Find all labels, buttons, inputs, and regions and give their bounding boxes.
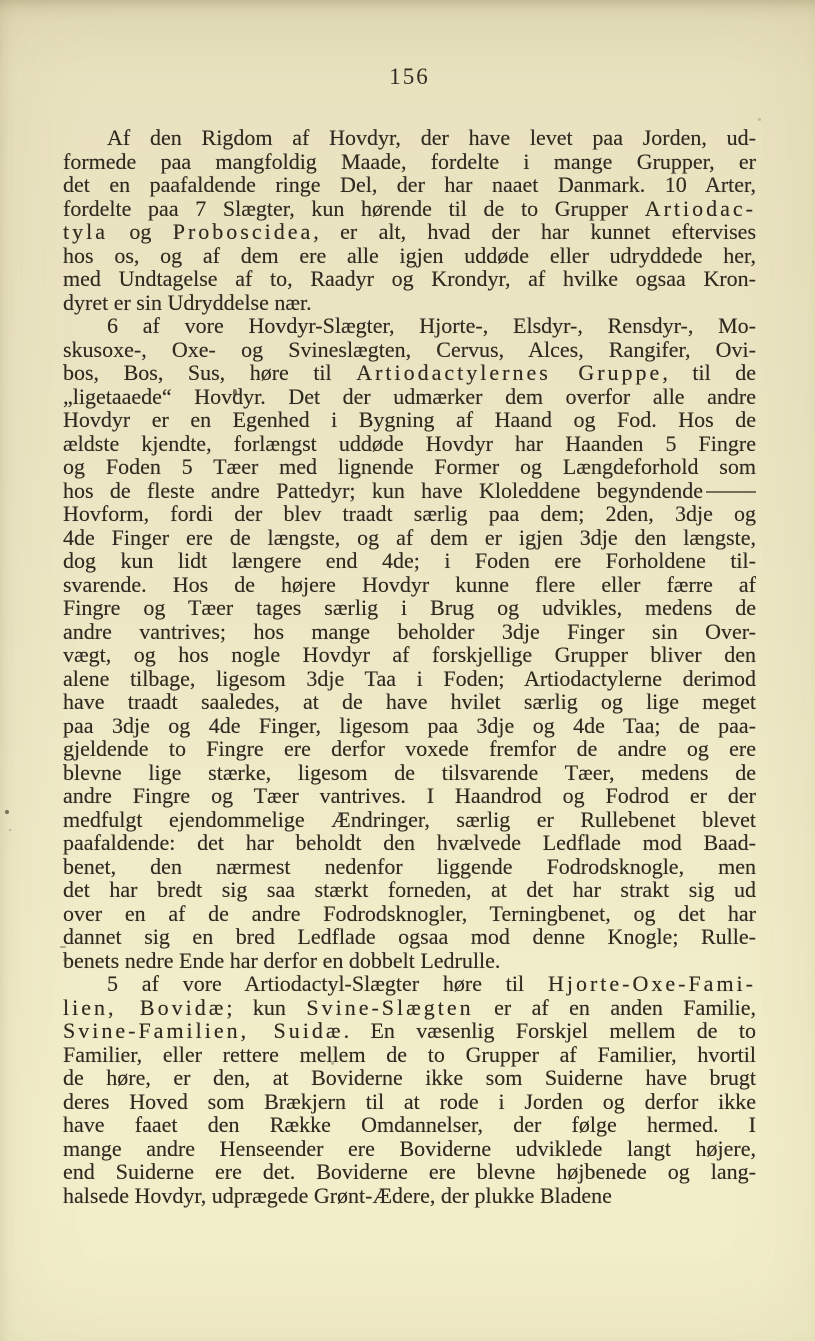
- text-segment: og Foden 5 Tæer med lignende Former og L…: [63, 454, 756, 479]
- text-segment: paafaldende: det har beholdt den hvælved…: [63, 830, 756, 855]
- text-segment: hos de fleste andre Pattedyr; kun have K…: [63, 478, 703, 503]
- text-line: Hovdyr er en Egenhed i Bygning af Haand …: [63, 408, 756, 432]
- text-line: dyret er sin Udryddelse nær.: [63, 291, 756, 315]
- text-segment: bos, Bos, Sus, høre til: [63, 360, 356, 385]
- text-segment: skusoxe-, Oxe- og Svineslægten, Cervus, …: [63, 337, 756, 362]
- text-line: deres Hoved som Brækjern til at rode i J…: [63, 1090, 756, 1114]
- text-line: fordelte paa 7 Slægter, kun hørende til …: [63, 197, 756, 221]
- text-line: lien, Bovidæ; kun Svine-Slægten er af en…: [63, 996, 756, 1020]
- text-segment: over en af de andre Fodrodsknogler, Tern…: [63, 901, 756, 926]
- text-line: hos os, og af dem ere alle igjen uddøde …: [63, 244, 756, 268]
- text-segment: er af en anden Familie,: [474, 995, 756, 1020]
- paragraph: Af den Rigdom af Hovdyr, der have levet …: [63, 126, 756, 314]
- text-segment: de høre, er den, at Boviderne ikke som S…: [63, 1065, 756, 1090]
- text-segment: det har bredt sig saa stærkt forneden, a…: [63, 877, 756, 902]
- text-segment: alene tilbage, ligesom 3dje Taa i Foden;…: [63, 666, 756, 691]
- text-line: gjeldende to Fingre ere derfor voxede fr…: [63, 737, 756, 761]
- page-text: Af den Rigdom af Hovdyr, der have levet …: [63, 126, 756, 1207]
- text-line: formede paa mangfoldig Maade, fordelte i…: [63, 150, 756, 174]
- text-segment: deres Hoved som Brækjern til at rode i J…: [63, 1089, 756, 1114]
- paragraph: 5 af vore Artiodactyl-Slægter høre til H…: [63, 972, 756, 1207]
- text-line: Fingre og Tæer tages særlig i Brug og ud…: [63, 596, 756, 620]
- text-line: alene tilbage, ligesom 3dje Taa i Foden;…: [63, 667, 756, 691]
- text-segment: Proboscidea: [173, 219, 314, 244]
- text-segment: benets nedre Ende har derfor en dobbelt …: [63, 948, 500, 973]
- text-line: dog kun lidt længere end 4de; i Foden er…: [63, 549, 756, 573]
- text-segment: have faaet den Række Omdannelser, der fø…: [63, 1112, 756, 1137]
- text-segment: dog kun lidt længere end 4de; i Foden er…: [63, 548, 756, 573]
- text-line: 4de Finger ere de længste, og af dem er …: [63, 526, 756, 550]
- text-line: svarende. Hos de højere Hovdyr kunne fle…: [63, 573, 756, 597]
- text-segment: halsede Hovdyr, udprægede Grønt-Ædere, d…: [63, 1183, 612, 1208]
- text-segment: Hovform, fordi der blev traadt særlig pa…: [63, 501, 756, 526]
- scan-speck: [758, 118, 761, 121]
- text-line: mange andre Henseender ere Boviderne udv…: [63, 1137, 756, 1161]
- text-segment: Svine-Familien, Suidæ: [63, 1018, 344, 1043]
- text-line: andre Fingre og Tæer vantrives. I Haandr…: [63, 784, 756, 808]
- text-segment: Artiodactylernes Gruppe: [356, 360, 662, 385]
- text-segment: Fingre og Tæer tages særlig i Brug og ud…: [63, 595, 756, 620]
- text-line: Hovform, fordi der blev traadt særlig pa…: [63, 502, 756, 526]
- text-segment: gjeldende to Fingre ere derfor voxede fr…: [63, 736, 756, 761]
- text-segment: Hovdyr er en Egenhed i Bygning af Haand …: [63, 407, 756, 432]
- text-segment: , er alt, hvad der har kunnet eftervises: [313, 219, 756, 244]
- text-segment: ; kun: [226, 995, 306, 1020]
- text-segment: Artiodac-: [645, 196, 756, 221]
- text-segment: svarende. Hos de højere Hovdyr kunne fle…: [63, 572, 756, 597]
- text-line: have traadt saaledes, at de have hvilet …: [63, 690, 756, 714]
- text-line: vægt, og hos nogle Hovdyr af forskjellig…: [63, 643, 756, 667]
- text-segment: paa 3dje og 4de Finger, ligesom paa 3dje…: [63, 713, 756, 738]
- page-number: 156: [63, 64, 756, 90]
- text-line: paafaldende: det har beholdt den hvælved…: [63, 831, 756, 855]
- text-segment: tyla: [63, 219, 108, 244]
- text-line: og Foden 5 Tæer med lignende Former og L…: [63, 455, 756, 479]
- text-segment: fordelte paa 7 Slægter, kun hørende til …: [63, 196, 645, 221]
- text-segment: 4de Finger ere de længste, og af dem er …: [63, 525, 756, 550]
- text-line: dannet sig en bred Ledflade ogsaa mod de…: [63, 925, 756, 949]
- text-line: skusoxe-, Oxe- og Svineslægten, Cervus, …: [63, 338, 756, 362]
- text-line: over en af de andre Fodrodsknogler, Tern…: [63, 902, 756, 926]
- text-segment: benet, den nærmest nedenfor liggende Fod…: [63, 854, 756, 879]
- text-segment: Familier, eller rettere mellem de to Gru…: [63, 1042, 756, 1067]
- text-line: bos, Bos, Sus, høre til Artiodactylernes…: [63, 361, 756, 385]
- paragraph: 6 af vore Hovdyr-Slægter, Hjorte-, Elsdy…: [63, 314, 756, 972]
- text-line: 5 af vore Artiodactyl-Slægter høre til H…: [63, 972, 756, 996]
- text-segment: andre vantrives; hos mange beholder 3dje…: [63, 619, 756, 644]
- text-line: det en paafaldende ringe Del, der har na…: [63, 173, 756, 197]
- text-segment: det en paafaldende ringe Del, der har na…: [63, 172, 756, 197]
- text-segment: dannet sig en bred Ledflade ogsaa mod de…: [63, 924, 756, 949]
- text-segment: ældste kjendte, forlængst uddøde Hovdyr …: [63, 431, 756, 456]
- text-segment: mange andre Henseender ere Boviderne udv…: [63, 1136, 756, 1161]
- text-segment: vægt, og hos nogle Hovdyr af forskjellig…: [63, 642, 756, 667]
- text-segment: og: [108, 219, 173, 244]
- text-segment: blevne lige stærke, ligesom de tilsvaren…: [63, 760, 756, 785]
- text-segment: „ligetaaede“ Hovdyr. Det der udmærker de…: [63, 384, 756, 409]
- scan-artifact-dash: [706, 491, 756, 493]
- text-line: ældste kjendte, forlængst uddøde Hovdyr …: [63, 432, 756, 456]
- text-segment: 5 af vore Artiodactyl-Slægter høre til: [107, 971, 548, 996]
- text-line: benets nedre Ende har derfor en dobbelt …: [63, 949, 756, 973]
- text-line: Af den Rigdom af Hovdyr, der have levet …: [63, 126, 756, 150]
- text-line: benet, den nærmest nedenfor liggende Fod…: [63, 855, 756, 879]
- text-segment: formede paa mangfoldig Maade, fordelte i…: [63, 149, 756, 174]
- text-line: have faaet den Række Omdannelser, der fø…: [63, 1113, 756, 1137]
- text-segment: hos os, og af dem ere alle igjen uddøde …: [63, 243, 756, 268]
- text-line: 6 af vore Hovdyr-Slægter, Hjorte-, Elsdy…: [63, 314, 756, 338]
- text-segment: lien, Bovidæ: [63, 995, 226, 1020]
- text-line: det har bredt sig saa stærkt forneden, a…: [63, 878, 756, 902]
- text-segment: med Undtagelse af to, Raadyr og Krondyr,…: [63, 266, 756, 291]
- text-line: de høre, er den, at Boviderne ikke som S…: [63, 1066, 756, 1090]
- text-segment: Af den Rigdom af Hovdyr, der have levet …: [107, 125, 756, 150]
- text-line: andre vantrives; hos mange beholder 3dje…: [63, 620, 756, 644]
- text-segment: , til de: [662, 360, 756, 385]
- scan-speck: [9, 829, 11, 831]
- text-line: tyla og Proboscidea, er alt, hvad der ha…: [63, 220, 756, 244]
- text-segment: . En væsenlig Forskjel mellem de to: [344, 1018, 756, 1043]
- text-segment: have traadt saaledes, at de have hvilet …: [63, 689, 756, 714]
- text-line: end Suiderne ere det. Boviderne ere blev…: [63, 1160, 756, 1184]
- text-line: Familier, eller rettere mellem de to Gru…: [63, 1043, 756, 1067]
- text-line: med Undtagelse af to, Raadyr og Krondyr,…: [63, 267, 756, 291]
- scan-speck: [5, 810, 9, 814]
- text-line: blevne lige stærke, ligesom de tilsvaren…: [63, 761, 756, 785]
- text-line: paa 3dje og 4de Finger, ligesom paa 3dje…: [63, 714, 756, 738]
- text-line: Svine-Familien, Suidæ. En væsenlig Forsk…: [63, 1019, 756, 1043]
- text-line: hos de fleste andre Pattedyr; kun have K…: [63, 479, 756, 503]
- text-segment: end Suiderne ere det. Boviderne ere blev…: [63, 1159, 756, 1184]
- book-page: 156 Af den Rigdom af Hovdyr, der have le…: [0, 0, 815, 1341]
- text-line: halsede Hovdyr, udprægede Grønt-Ædere, d…: [63, 1184, 756, 1208]
- text-segment: Hjorte-Oxe-Fami-: [548, 971, 756, 996]
- text-segment: 6 af vore Hovdyr-Slægter, Hjorte-, Elsdy…: [107, 313, 756, 338]
- text-line: „ligetaaede“ Hovdyr. Det der udmærker de…: [63, 385, 756, 409]
- text-segment: andre Fingre og Tæer vantrives. I Haandr…: [63, 783, 756, 808]
- text-segment: Svine-Slægten: [306, 995, 473, 1020]
- text-line: medfulgt ejendommelige Ændringer, særlig…: [63, 808, 756, 832]
- text-segment: medfulgt ejendommelige Ændringer, særlig…: [63, 807, 756, 832]
- text-segment: dyret er sin Udryddelse nær.: [63, 290, 312, 315]
